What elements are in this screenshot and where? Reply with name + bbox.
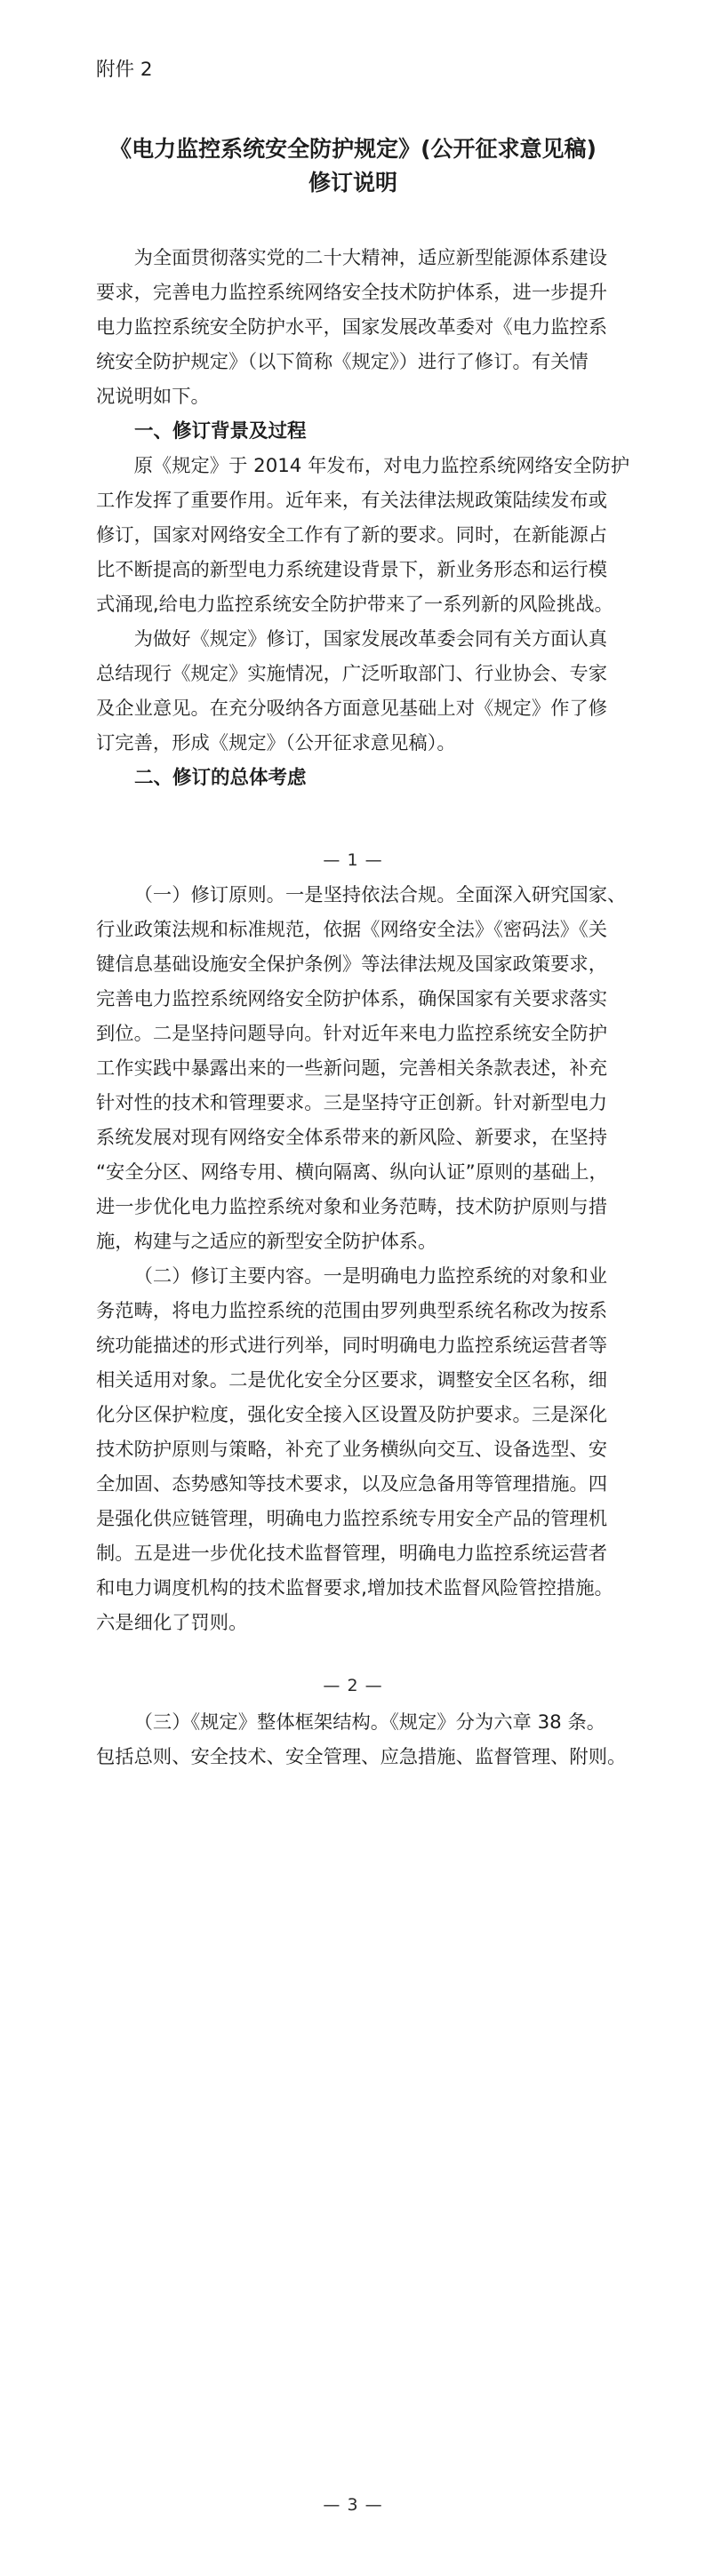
body-line: 针对性的技术和管理要求。三是坚持守正创新。针对新型电力 — [96, 1086, 610, 1121]
document-title-line1: 《电力监控系统安全防护规定》(公开征求意见稿) — [96, 132, 610, 166]
body-line: “安全分区、网络专用、横向隔离、纵向认证”原则的基础上， — [96, 1155, 610, 1190]
body-line: 工作发挥了重要作用。近年来，有关法律法规政策陆续发布或 — [96, 483, 610, 518]
body-line: 统功能描述的形式进行列举，同时明确电力监控系统运营者等 — [96, 1328, 610, 1363]
body-line: 电力监控系统安全防护水平，国家发展改革委对《电力监控系 — [96, 310, 610, 345]
body-line: （一）修订原则。一是坚持依法合规。全面深入研究国家、 — [96, 878, 610, 913]
section-heading: 二、修订的总体考虑 — [96, 761, 610, 795]
section-heading: 一、修订背景及过程 — [96, 414, 610, 449]
body-line: 到位。二是坚持问题导向。针对近年来电力监控系统安全防护 — [96, 1017, 610, 1051]
document-page: 附件 2 《电力监控系统安全防护规定》(公开征求意见稿) 修订说明 为全面贯彻落… — [0, 0, 705, 2576]
body-line: 系统发展对现有网络安全体系带来的新风险、新要求，在坚持 — [96, 1121, 610, 1155]
body-line: 式涌现,给电力监控系统安全防护带来了一系列新的风险挑战。 — [96, 587, 610, 622]
body-line: 务范畴，将电力监控系统的范围由罗列典型系统名称改为按系 — [96, 1294, 610, 1328]
page-number: — 3 — — [96, 2488, 610, 2523]
body-line: 进一步优化电力监控系统对象和业务范畴，技术防护原则与措 — [96, 1190, 610, 1224]
body-line: 况说明如下。 — [96, 379, 610, 414]
body-line: 行业政策法规和标准规范，依据《网络安全法》《密码法》《关 — [96, 913, 610, 947]
paragraph: （一）修订原则。一是坚持依法合规。全面深入研究国家、行业政策法规和标准规范，依据… — [96, 878, 610, 1259]
body-line: 技术防护原则与策略，补充了业务横纵向交互、设备选型、安 — [96, 1432, 610, 1467]
body-line: 制。五是进一步优化技术监督管理，明确电力监控系统运营者 — [96, 1536, 610, 1571]
body-line: 原《规定》于 2014 年发布，对电力监控系统网络安全防护 — [96, 449, 610, 483]
body-line: 相关适用对象。二是优化安全分区要求，调整安全区名称，细 — [96, 1363, 610, 1398]
body-line: 施，构建与之适应的新型安全防护体系。 — [96, 1224, 610, 1259]
body-line: 为全面贯彻落实党的二十大精神，适应新型能源体系建设 — [96, 241, 610, 275]
paragraph: 原《规定》于 2014 年发布，对电力监控系统网络安全防护工作发挥了重要作用。近… — [96, 449, 610, 622]
paragraph: （二）修订主要内容。一是明确电力监控系统的对象和业务范畴，将电力监控系统的范围由… — [96, 1259, 610, 1640]
body-line: 键信息基础设施安全保护条例》等法律法规及国家政策要求， — [96, 947, 610, 982]
body-line: 要求，完善电力监控系统网络安全技术防护体系，进一步提升 — [96, 275, 610, 310]
body-line: 订完善，形成《规定》（公开征求意见稿）。 — [96, 726, 610, 761]
body-line: （三）《规定》整体框架结构。《规定》分为六章 38 条。 — [96, 1705, 610, 1740]
body-line: 总结现行《规定》实施情况，广泛听取部门、行业协会、专家 — [96, 657, 610, 691]
body-line: 六是细化了罚则。 — [96, 1606, 610, 1640]
document-title-line2: 修订说明 — [96, 166, 610, 200]
body-line: （二）修订主要内容。一是明确电力监控系统的对象和业 — [96, 1259, 610, 1294]
body-line: 统安全防护规定》（以下简称《规定》）进行了修订。有关情 — [96, 345, 610, 379]
document-title: 《电力监控系统安全防护规定》(公开征求意见稿) 修订说明 — [96, 132, 610, 200]
body-line: 完善电力监控系统网络安全防护体系，确保国家有关要求落实 — [96, 982, 610, 1017]
body-line: 是强化供应链管理，明确电力监控系统专用安全产品的管理机 — [96, 1502, 610, 1536]
body-line: 化分区保护粒度，强化安全接入区设置及防护要求。三是深化 — [96, 1398, 610, 1432]
attachment-label: 附件 2 — [96, 54, 610, 86]
paragraph: 为做好《规定》修订，国家发展改革委会同有关方面认真总结现行《规定》实施情况，广泛… — [96, 622, 610, 761]
body-line: 包括总则、安全技术、安全管理、应急措施、监督管理、附则。 — [96, 1740, 610, 1774]
body-line: 比不断提高的新型电力系统建设背景下，新业务形态和运行模 — [96, 553, 610, 587]
body-line: 及企业意见。在充分吸纳各方面意见基础上对《规定》作了修 — [96, 691, 610, 726]
document-blocks: 为全面贯彻落实党的二十大精神，适应新型能源体系建设要求，完善电力监控系统网络安全… — [96, 241, 610, 2523]
body-line: 为做好《规定》修订，国家发展改革委会同有关方面认真 — [96, 622, 610, 657]
body-line: 工作实践中暴露出来的一些新问题，完善相关条款表述，补充 — [96, 1051, 610, 1086]
paragraph: 为全面贯彻落实党的二十大精神，适应新型能源体系建设要求，完善电力监控系统网络安全… — [96, 241, 610, 414]
page-number: — 1 — — [96, 843, 610, 878]
body-line: 全加固、态势感知等技术要求，以及应急备用等管理措施。四 — [96, 1467, 610, 1502]
body-line: 修订，国家对网络安全工作有了新的要求。同时，在新能源占 — [96, 518, 610, 553]
page-number: — 2 — — [96, 1669, 610, 1703]
body-line: 和电力调度机构的技术监督要求,增加技术监督风险管控措施。 — [96, 1571, 610, 1606]
paragraph: （三）《规定》整体框架结构。《规定》分为六章 38 条。包括总则、安全技术、安全… — [96, 1705, 610, 1774]
